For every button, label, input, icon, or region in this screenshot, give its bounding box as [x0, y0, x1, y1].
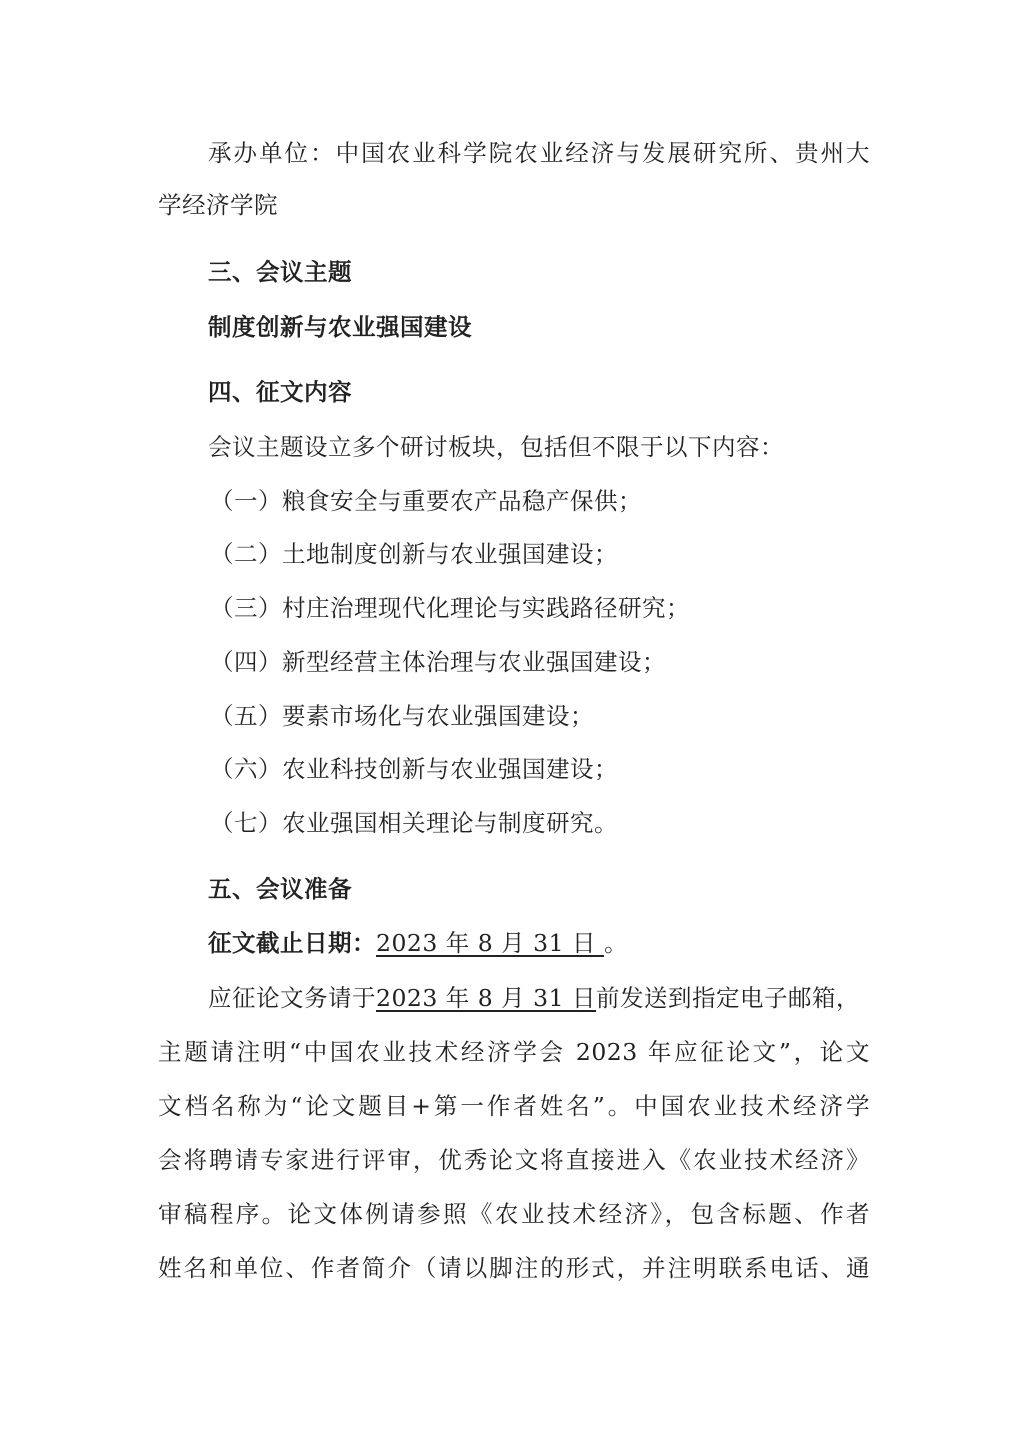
- para-text: 应征论文务请于: [208, 984, 376, 1012]
- para-line-4: 会将聘请专家进行评审，优秀论文将直接进入《农业技术经济》: [158, 1145, 870, 1175]
- section-4-intro: 会议主题设立多个研讨板块，包括但不限于以下内容：: [208, 432, 920, 462]
- submission-date: 2023 年 8 月 31 日: [376, 984, 596, 1012]
- topic-item-7: （七）农业强国相关理论与制度研究。: [210, 808, 922, 838]
- organizer-line-1: 承办单位：中国农业科学院农业经济与发展研究所、贵州大: [208, 138, 870, 168]
- deadline-date: 2023 年 8 月 31 日: [376, 929, 604, 957]
- para-line-3: 文档名称为“论文题目+第一作者姓名”。中国农业技术经济学: [158, 1091, 870, 1121]
- deadline-line: 征文截止日期：2023 年 8 月 31 日 。: [208, 928, 920, 958]
- topic-item-1: （一）粮食安全与重要农产品稳产保供；: [210, 486, 922, 516]
- document-page: 承办单位：中国农业科学院农业经济与发展研究所、贵州大 学经济学院 三、会议主题 …: [0, 0, 1024, 1448]
- section-3-heading: 三、会议主题: [208, 257, 920, 287]
- section-5-heading: 五、会议准备: [208, 874, 920, 904]
- conference-theme: 制度创新与农业强国建设: [208, 312, 920, 342]
- deadline-label: 征文截止日期：: [208, 929, 376, 957]
- para-line-6: 姓名和单位、作者简介（请以脚注的形式，并注明联系电话、通: [158, 1253, 870, 1283]
- para-line-2: 主题请注明“中国农业技术经济学会 2023 年应征论文”，论文: [158, 1037, 870, 1067]
- topic-item-6: （六）农业科技创新与农业强国建设；: [210, 754, 922, 784]
- topic-item-3: （三）村庄治理现代化理论与实践路径研究；: [210, 593, 922, 623]
- para-line-1: 应征论文务请于2023 年 8 月 31 日前发送到指定电子邮箱，: [208, 983, 920, 1013]
- section-4-heading: 四、征文内容: [208, 377, 920, 407]
- topic-item-2: （二）土地制度创新与农业强国建设；: [210, 539, 922, 569]
- para-line-5: 审稿程序。论文体例请参照《农业技术经济》，包含标题、作者: [158, 1199, 870, 1229]
- topic-item-5: （五）要素市场化与农业强国建设；: [210, 701, 922, 731]
- para-text: 前发送到指定电子邮箱，: [596, 984, 860, 1012]
- organizer-line-2: 学经济学院: [158, 190, 870, 220]
- topic-item-4: （四）新型经营主体治理与农业强国建设；: [210, 647, 922, 677]
- deadline-end: 。: [604, 929, 628, 957]
